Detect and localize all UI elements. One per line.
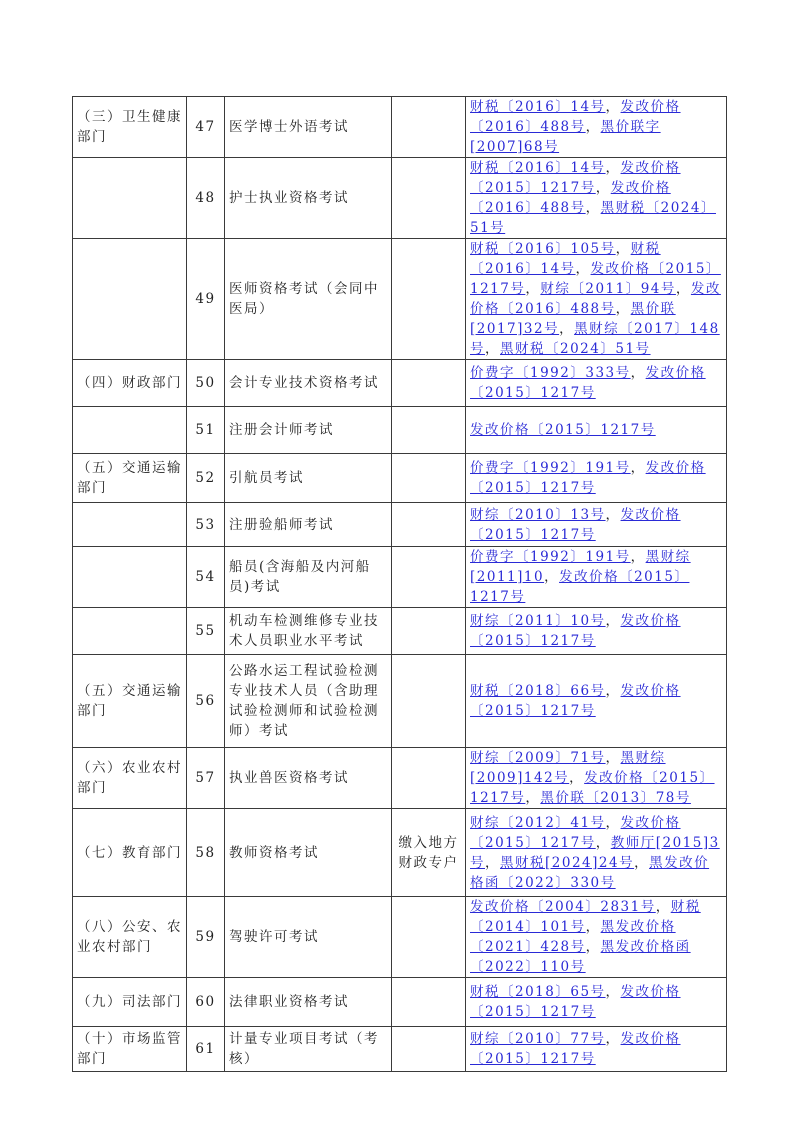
table-row: 48 护士执业资格考试 财税〔2016〕14号，发改价格〔2015〕1217号，… xyxy=(73,158,727,239)
policy-document-link[interactable]: 黑财税[2024]24号 xyxy=(500,855,634,871)
policy-basis-cell: 发改价格〔2015〕1217号 xyxy=(466,407,727,454)
table-row: 55 机动车检测维修专业技术人员职业水平考试 财综〔2011〕10号，发改价格〔… xyxy=(73,608,727,655)
item-number-cell: 57 xyxy=(187,748,225,809)
separator: ， xyxy=(606,507,621,523)
policy-document-link[interactable]: 财税〔2018〕66号 xyxy=(470,683,606,699)
exam-name-cell: 医学博士外语考试 xyxy=(225,97,392,158)
separator: ， xyxy=(485,855,500,871)
fund-channel-cell xyxy=(392,360,466,407)
separator: ， xyxy=(586,919,601,935)
item-number-cell: 49 xyxy=(187,239,225,360)
separator: ， xyxy=(606,984,621,1000)
separator: ， xyxy=(569,770,584,786)
exam-name-cell: 教师资格考试 xyxy=(225,809,392,897)
table-row: （八）公安、农业农村部门 59 驾驶许可考试 发改价格〔2004〕2831号，财… xyxy=(73,897,727,978)
table-row: （五）交通运输部门 52 引航员考试 价费字〔1992〕191号，发改价格〔20… xyxy=(73,454,727,503)
policy-document-link[interactable]: 财综〔2009〕71号 xyxy=(470,750,606,766)
table-row: （五）交通运输部门 56 公路水运工程试验检测专业技术人员（含助理试验检测师和试… xyxy=(73,655,727,748)
exam-name-cell: 船员(含海船及内河船员)考试 xyxy=(225,547,392,608)
item-number-cell: 52 xyxy=(187,454,225,503)
item-number-cell: 50 xyxy=(187,360,225,407)
separator: ， xyxy=(525,281,540,297)
item-number-cell: 53 xyxy=(187,503,225,547)
table-row: （六）农业农村部门 57 执业兽医资格考试 财综〔2009〕71号，黑财综[20… xyxy=(73,748,727,809)
item-number-cell: 56 xyxy=(187,655,225,748)
separator: ， xyxy=(525,790,540,806)
department-cell: （五）交通运输部门 xyxy=(73,454,187,503)
policy-document-link[interactable]: 财综〔2012〕41号 xyxy=(470,815,606,831)
policy-document-link[interactable]: 财税〔2016〕105号 xyxy=(470,241,616,257)
fund-channel-cell xyxy=(392,978,466,1027)
department-cell: （五）交通运输部门 xyxy=(73,655,187,748)
separator: ， xyxy=(631,460,646,476)
item-number-cell: 47 xyxy=(187,97,225,158)
policy-basis-cell: 财税〔2016〕14号，发改价格〔2015〕1217号，发改价格〔2016〕48… xyxy=(466,158,727,239)
policy-basis-cell: 财税〔2018〕66号，发改价格〔2015〕1217号 xyxy=(466,655,727,748)
table-row: 53 注册验船师考试 财综〔2010〕13号，发改价格〔2015〕1217号 xyxy=(73,503,727,547)
table-row: 49 医师资格考试（会同中医局） 财税〔2016〕105号，财税〔2016〕14… xyxy=(73,239,727,360)
policy-document-link[interactable]: 黑价联〔2013〕78号 xyxy=(540,790,691,806)
department-cell xyxy=(73,608,187,655)
policy-document-link[interactable]: 财综〔2010〕13号 xyxy=(470,507,606,523)
exam-name-cell: 注册验船师考试 xyxy=(225,503,392,547)
policy-basis-cell: 财综〔2010〕77号，发改价格〔2015〕1217号 xyxy=(466,1027,727,1072)
separator: ， xyxy=(586,939,601,955)
fund-channel-cell: 缴入地方财政专户 xyxy=(392,809,466,897)
policy-document-link[interactable]: 财综〔2011〕10号 xyxy=(470,613,606,629)
exam-name-cell: 执业兽医资格考试 xyxy=(225,748,392,809)
table-row: （九）司法部门 60 法律职业资格考试 财税〔2018〕65号，发改价格〔201… xyxy=(73,978,727,1027)
exam-name-cell: 注册会计师考试 xyxy=(225,407,392,454)
separator: ， xyxy=(606,1031,621,1047)
policy-basis-cell: 价费字〔1992〕191号，发改价格〔2015〕1217号 xyxy=(466,454,727,503)
policy-basis-cell: 财综〔2012〕41号，发改价格〔2015〕1217号，教师厅[2015]3号，… xyxy=(466,809,727,897)
policy-document-link[interactable]: 财综〔2011〕94号 xyxy=(540,281,676,297)
department-cell xyxy=(73,547,187,608)
item-number-cell: 55 xyxy=(187,608,225,655)
separator: ， xyxy=(616,241,631,257)
separator: ， xyxy=(606,99,621,115)
policy-basis-cell: 价费字〔1992〕333号，发改价格〔2015〕1217号 xyxy=(466,360,727,407)
policy-document-link[interactable]: 财税〔2016〕14号 xyxy=(470,160,606,176)
exam-name-cell: 会计专业技术资格考试 xyxy=(225,360,392,407)
exam-name-cell: 护士执业资格考试 xyxy=(225,158,392,239)
policy-document-link[interactable]: 发改价格〔2004〕2831号 xyxy=(470,899,656,915)
fund-channel-cell xyxy=(392,547,466,608)
separator: ， xyxy=(631,549,646,565)
policy-basis-cell: 财综〔2011〕10号，发改价格〔2015〕1217号 xyxy=(466,608,727,655)
department-cell: （十）市场监管部门 xyxy=(73,1027,187,1072)
separator: ， xyxy=(676,281,691,297)
exam-name-cell: 公路水运工程试验检测专业技术人员（含助理试验检测师和试验检测师）考试 xyxy=(225,655,392,748)
separator: ， xyxy=(606,750,621,766)
fund-channel-cell xyxy=(392,454,466,503)
separator: ， xyxy=(485,341,500,357)
policy-basis-cell: 财税〔2016〕105号，财税〔2016〕14号，发改价格〔2015〕1217号… xyxy=(466,239,727,360)
fund-channel-cell xyxy=(392,239,466,360)
policy-basis-cell: 财税〔2018〕65号，发改价格〔2015〕1217号 xyxy=(466,978,727,1027)
separator: ， xyxy=(586,200,601,216)
fund-channel-cell xyxy=(392,407,466,454)
policy-document-link[interactable]: 发改价格〔2015〕1217号 xyxy=(470,422,656,438)
exam-fee-table: （三）卫生健康部门 47 医学博士外语考试 财税〔2016〕14号，发改价格〔2… xyxy=(72,96,727,1072)
item-number-cell: 59 xyxy=(187,897,225,978)
policy-basis-cell: 财税〔2016〕14号，发改价格〔2016〕488号，黑价联字[2007]68号 xyxy=(466,97,727,158)
exam-name-cell: 机动车检测维修专业技术人员职业水平考试 xyxy=(225,608,392,655)
separator: ， xyxy=(606,683,621,699)
fund-channel-cell xyxy=(392,897,466,978)
separator: ， xyxy=(634,855,649,871)
item-number-cell: 48 xyxy=(187,158,225,239)
exam-name-cell: 法律职业资格考试 xyxy=(225,978,392,1027)
fund-channel-cell xyxy=(392,748,466,809)
table-row: （十）市场监管部门 61 计量专业项目考试（考核） 财综〔2010〕77号，发改… xyxy=(73,1027,727,1072)
document-page: （三）卫生健康部门 47 医学博士外语考试 财税〔2016〕14号，发改价格〔2… xyxy=(0,0,793,1122)
separator: ， xyxy=(656,899,671,915)
item-number-cell: 54 xyxy=(187,547,225,608)
department-cell: （四）财政部门 xyxy=(73,360,187,407)
table-row: 54 船员(含海船及内河船员)考试 价费字〔1992〕191号，黑财综[2011… xyxy=(73,547,727,608)
fund-channel-cell xyxy=(392,97,466,158)
policy-basis-cell: 价费字〔1992〕191号，黑财综[2011]10，发改价格〔2015〕1217… xyxy=(466,547,727,608)
exam-name-cell: 驾驶许可考试 xyxy=(225,897,392,978)
table-row: （四）财政部门 50 会计专业技术资格考试 价费字〔1992〕333号，发改价格… xyxy=(73,360,727,407)
policy-basis-cell: 发改价格〔2004〕2831号，财税〔2014〕101号，黑发改价格〔2021〕… xyxy=(466,897,727,978)
department-cell xyxy=(73,158,187,239)
exam-name-cell: 计量专业项目考试（考核） xyxy=(225,1027,392,1072)
department-cell: （七）教育部门 xyxy=(73,809,187,897)
item-number-cell: 60 xyxy=(187,978,225,1027)
separator: ， xyxy=(559,321,574,337)
policy-basis-cell: 财综〔2010〕13号，发改价格〔2015〕1217号 xyxy=(466,503,727,547)
department-cell xyxy=(73,407,187,454)
table-row: 51 注册会计师考试 发改价格〔2015〕1217号 xyxy=(73,407,727,454)
fund-channel-cell xyxy=(392,608,466,655)
policy-document-link[interactable]: 价费字〔1992〕191号 xyxy=(470,549,631,565)
department-cell xyxy=(73,503,187,547)
policy-document-link[interactable]: 财税〔2016〕14号 xyxy=(470,99,606,115)
department-cell xyxy=(73,239,187,360)
fund-channel-cell xyxy=(392,158,466,239)
policy-document-link[interactable]: 财税〔2018〕65号 xyxy=(470,984,606,1000)
separator: ， xyxy=(606,160,621,176)
separator: ， xyxy=(631,365,646,381)
separator: ， xyxy=(606,613,621,629)
item-number-cell: 61 xyxy=(187,1027,225,1072)
separator: ， xyxy=(576,261,591,277)
policy-document-link[interactable]: 黑财税〔2024〕51号 xyxy=(500,341,651,357)
department-cell: （三）卫生健康部门 xyxy=(73,97,187,158)
table-row: （七）教育部门 58 教师资格考试 缴入地方财政专户 财综〔2012〕41号，发… xyxy=(73,809,727,897)
exam-name-cell: 引航员考试 xyxy=(225,454,392,503)
separator: ， xyxy=(606,815,621,831)
policy-document-link[interactable]: 财综〔2010〕77号 xyxy=(470,1031,606,1047)
policy-document-link[interactable]: 价费字〔1992〕191号 xyxy=(470,460,631,476)
item-number-cell: 58 xyxy=(187,809,225,897)
separator: ， xyxy=(596,835,611,851)
exam-fee-table-body: （三）卫生健康部门 47 医学博士外语考试 财税〔2016〕14号，发改价格〔2… xyxy=(73,97,727,1072)
separator: ， xyxy=(586,119,601,135)
separator: ， xyxy=(544,569,559,585)
exam-name-cell: 医师资格考试（会同中医局） xyxy=(225,239,392,360)
department-cell: （九）司法部门 xyxy=(73,978,187,1027)
policy-document-link[interactable]: 价费字〔1992〕333号 xyxy=(470,365,631,381)
item-number-cell: 51 xyxy=(187,407,225,454)
fund-channel-cell xyxy=(392,655,466,748)
fund-channel-cell xyxy=(392,1027,466,1072)
department-cell: （八）公安、农业农村部门 xyxy=(73,897,187,978)
separator: ， xyxy=(616,301,631,317)
table-row: （三）卫生健康部门 47 医学博士外语考试 财税〔2016〕14号，发改价格〔2… xyxy=(73,97,727,158)
policy-basis-cell: 财综〔2009〕71号，黑财综[2009]142号，发改价格〔2015〕1217… xyxy=(466,748,727,809)
department-cell: （六）农业农村部门 xyxy=(73,748,187,809)
fund-channel-cell xyxy=(392,503,466,547)
separator: ， xyxy=(596,180,611,196)
